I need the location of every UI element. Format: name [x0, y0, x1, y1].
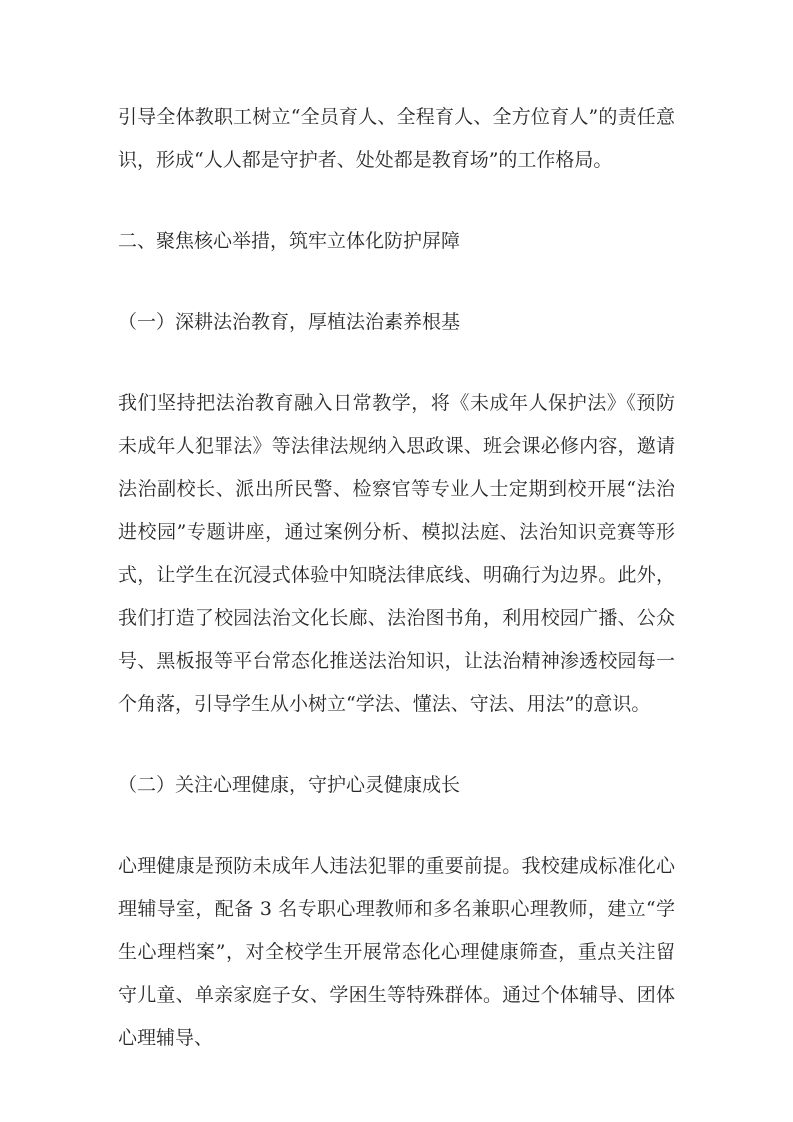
- heading-section-two-core-measures: 二、聚焦核心举措，筑牢立体化防护屏障: [118, 220, 675, 263]
- paragraph-mental-health-detail: 心理健康是预防未成年人违法犯罪的重要前提。我校建成标准化心理辅导室，配备 3 名…: [118, 845, 675, 1060]
- paragraph-staff-responsibility: 引导全体教职工树立“全员育人、全程育人、全方位育人”的责任意识，形成“人人都是守…: [118, 96, 675, 182]
- subheading-legal-education: （一）深耕法治教育，厚植法治素养根基: [118, 301, 675, 344]
- document-page: 引导全体教职工树立“全员育人、全程育人、全方位育人”的责任意识，形成“人人都是守…: [0, 0, 793, 1122]
- subheading-mental-health: （二）关注心理健康，守护心灵健康成长: [118, 764, 675, 807]
- document-content: 引导全体教职工树立“全员育人、全程育人、全方位育人”的责任意识，形成“人人都是守…: [0, 0, 793, 1060]
- paragraph-legal-education-detail: 我们坚持把法治教育融入日常教学，将《未成年人保护法》《预防未成年人犯罪法》等法律…: [118, 382, 675, 726]
